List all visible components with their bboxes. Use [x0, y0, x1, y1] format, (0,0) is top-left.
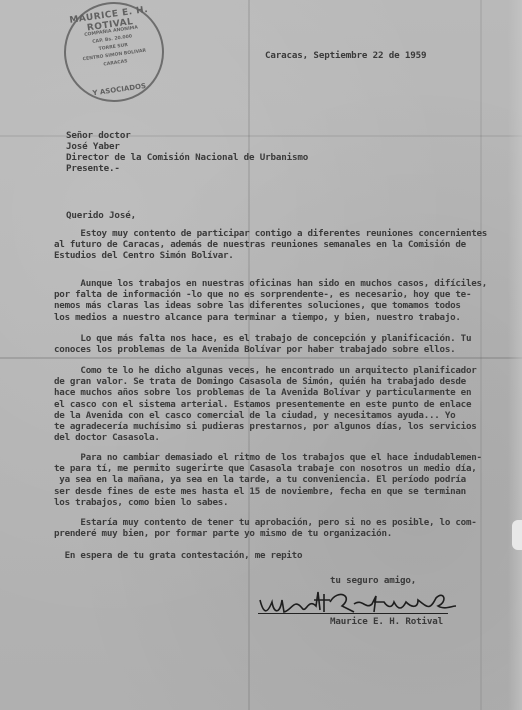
- paragraph: Como te lo he dicho algunas veces, he en…: [54, 365, 504, 443]
- paper-tear: [512, 520, 522, 550]
- recipient-line: Presente.-: [66, 163, 120, 174]
- paragraph: Para no cambiar demasiado el ritmo de lo…: [54, 452, 504, 508]
- signature-underline: [258, 613, 448, 614]
- recipient-line: Señor doctor: [66, 130, 131, 141]
- paper-edge: [508, 0, 522, 710]
- stamp-bottom-text: Y ASOCIADOS: [71, 79, 167, 100]
- paragraph: Lo que más falta nos hace, es el trabajo…: [54, 333, 504, 355]
- salutation: Querido José,: [66, 210, 136, 221]
- paragraph: Estaría muy contento de tener tu aprobac…: [54, 517, 504, 539]
- recipient-line: Director de la Comisión Nacional de Urba…: [66, 152, 308, 163]
- paragraph: Aunque los trabajos en nuestras oficinas…: [54, 278, 504, 323]
- paragraph: En espera de tu grata contestación, me r…: [54, 550, 504, 561]
- letter-date: Caracas, Septiembre 22 de 1959: [265, 50, 426, 61]
- closing: tu seguro amigo,: [330, 575, 416, 586]
- company-stamp: MAURICE E. H. ROTIVAL COMPAÑIA ANONIMA C…: [58, 0, 171, 108]
- letter-page: MAURICE E. H. ROTIVAL COMPAÑIA ANONIMA C…: [0, 0, 522, 710]
- recipient-line: José Yaber: [66, 141, 120, 152]
- paragraph: Estoy muy contento de participar contigo…: [54, 228, 504, 262]
- paper-fold: [0, 357, 522, 359]
- signature-name: Maurice E. H. Rotival: [330, 616, 443, 627]
